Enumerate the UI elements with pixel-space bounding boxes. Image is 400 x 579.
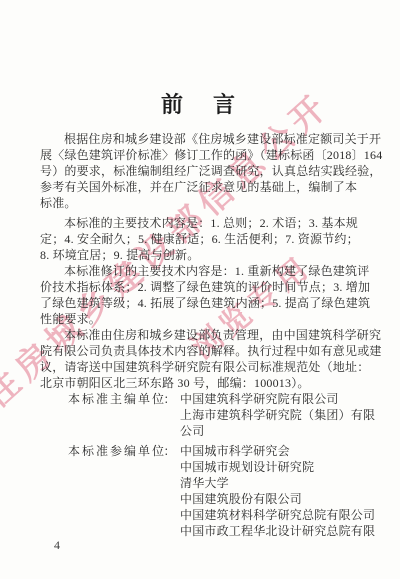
foreword-paragraph-3: 本标准修订的主要技术内容是：1. 重新构建了绿色建筑评 价技术指标体系；2. 调…: [40, 263, 370, 327]
participating-unit-row: 清华大学: [40, 475, 370, 491]
foreword-paragraph-4: 本标准由住房和城乡建设部负责管理，由中国建筑科学研究 院有限公司负责具体技术内容…: [40, 327, 370, 391]
participating-unit-row: 中国城市规划设计研究院: [40, 459, 370, 475]
text-line: 8. 环境宜居；9. 提高与创新。: [40, 247, 370, 263]
chief-editor-label: 本 标 准 主 编 单 位：: [68, 391, 180, 407]
text-line: 了绿色建筑等级；4. 拓展了绿色建筑内涵；5. 提高了绿色建筑: [40, 295, 370, 311]
unit-line: 上海市建筑科学研究院（集团）有限: [180, 407, 375, 423]
units-section: 本 标 准 主 编 单 位： 中国建筑科学研究院有限公司 上海市建筑科学研究院（…: [40, 391, 370, 539]
participating-unit-label: 本 标 准 参 编 单 位：: [68, 443, 180, 459]
text-line: 本标准由住房和城乡建设部负责管理，由中国建筑科学研究: [40, 327, 370, 343]
foreword-paragraph-2: 本标准的主要技术内容是：1. 总则；2. 术语；3. 基本规 定；4. 安全耐久…: [40, 215, 370, 263]
unit-line: 中国城市规划设计研究院: [180, 459, 314, 475]
unit-line: 中国建筑科学研究院有限公司: [180, 391, 339, 407]
text-line: 参考有关国外标准，并在广泛征求意见的基础上，编制了本: [40, 179, 370, 195]
text-line: 议，请寄送中国建筑科学研究院有限公司标准规范处（地址：: [40, 359, 370, 375]
text-line: 本标准的主要技术内容是：1. 总则；2. 术语；3. 基本规: [40, 215, 370, 231]
unit-line: 清华大学: [180, 475, 229, 491]
participating-unit-row: 中国建筑股份有限公司: [40, 491, 370, 507]
unit-label-spacer: [68, 491, 180, 507]
text-line: 展〈绿色建筑评价标准〉修订工作的函》（建标标函〔2018〕164: [40, 147, 370, 163]
unit-label-spacer: [68, 507, 180, 523]
text-line: 北京市朝阳区北三环东路 30 号，邮编：100013）。: [40, 375, 370, 391]
chief-editor-unit-row: 公司: [40, 423, 370, 439]
unit-label-spacer: [68, 423, 180, 439]
text-line: 性能要求。: [40, 311, 370, 327]
foreword-paragraph-1: 根据住房和城乡建设部《住房城乡建设部标准定额司关于开 展〈绿色建筑评价标准〉修订…: [40, 131, 370, 211]
text-line: 本标准修订的主要技术内容是：1. 重新构建了绿色建筑评: [40, 263, 370, 279]
unit-line: 中国建筑材料科学研究总院有限公司: [180, 507, 375, 523]
page-title: 前 言: [0, 88, 400, 119]
unit-label-spacer: [68, 475, 180, 491]
text-line: 定；4. 安全耐久；5. 健康舒适；6. 生活便利；7. 资源节约；: [40, 231, 370, 247]
page-number: 4: [54, 538, 60, 553]
participating-unit-row: 中国市政工程华北设计研究总院有限: [40, 523, 370, 539]
text-line: 号）的要求，标准编制组经广泛调查研究，认真总结实践经验，: [40, 163, 370, 179]
unit-line: 中国建筑股份有限公司: [180, 491, 302, 507]
text-line: 根据住房和城乡建设部《住房城乡建设部标准定额司关于开: [40, 131, 370, 147]
participating-unit-row: 本 标 准 参 编 单 位： 中国城市科学研究会: [40, 443, 370, 459]
chief-editor-unit-row: 上海市建筑科学研究院（集团）有限: [40, 407, 370, 423]
text-line: 价技术指标体系；2. 调整了绿色建筑的评价时间节点；3. 增加: [40, 279, 370, 295]
chief-editor-unit-row: 本 标 准 主 编 单 位： 中国建筑科学研究院有限公司: [40, 391, 370, 407]
unit-label-spacer: [68, 459, 180, 475]
text-line: 标准。: [40, 195, 370, 211]
participating-unit-row: 中国建筑材料科学研究总院有限公司: [40, 507, 370, 523]
document-page: 住房城乡建设部信息公开 浏览专用 前 言 根据住房和城乡建设部《住房城乡建设部标…: [0, 0, 400, 579]
unit-line: 公司: [180, 423, 204, 439]
text-line: 院有限公司负责具体技术内容的解释。执行过程中如有意见或建: [40, 343, 370, 359]
unit-line: 中国市政工程华北设计研究总院有限: [180, 523, 375, 539]
unit-label-spacer: [68, 523, 180, 539]
foreword-body: 根据住房和城乡建设部《住房城乡建设部标准定额司关于开 展〈绿色建筑评价标准〉修订…: [40, 131, 370, 539]
unit-line: 中国城市科学研究会: [180, 443, 290, 459]
unit-label-spacer: [68, 407, 180, 423]
